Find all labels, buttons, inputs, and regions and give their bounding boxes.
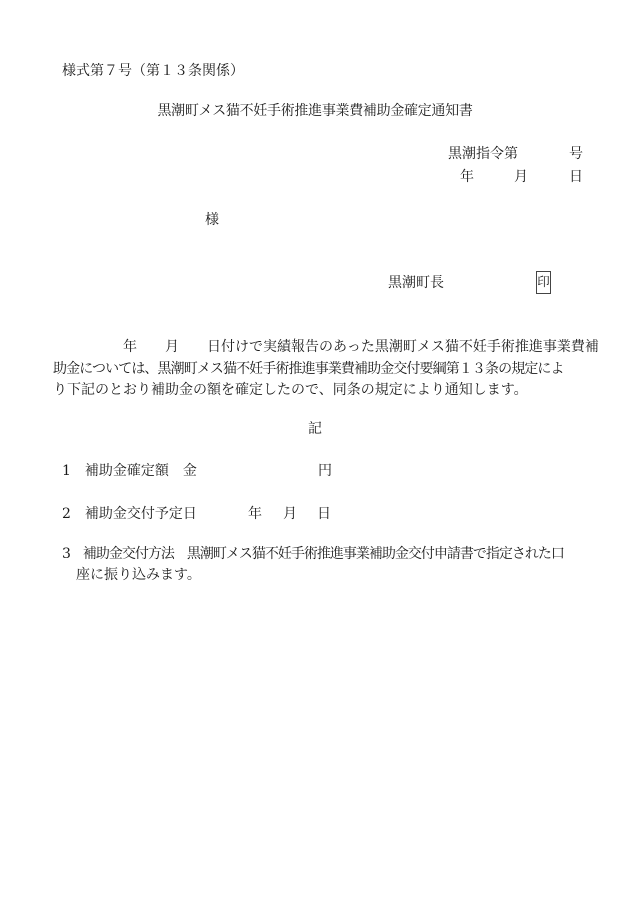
document-page: 様式第７号（第１３条関係） 黒潮町メス猫不妊手術推進事業費補助金確定通知書 黒潮… [0,0,630,903]
item-2-label: 2 補助金交付予定日 [62,507,197,521]
issue-date-month: 月 [514,170,528,184]
body-line: 年 月 日付けで実績報告のあった黒潮町メス猫不妊手術推進事業費補 [53,337,578,359]
item-3-line-2: 座に振り込みます。 [76,568,201,582]
item-2-day: 日 [317,507,331,521]
seal-box: 印 [536,271,551,294]
item-1-unit: 円 [318,464,332,478]
issue-date-day: 日 [569,170,583,184]
issue-date-year: 年 [460,170,474,184]
seal-label: 印 [537,276,550,289]
ki-heading: 記 [0,422,630,436]
directive-number-suffix: 号 [569,147,583,161]
item-1-label: 1 補助金確定額 金 [62,464,197,478]
item-2-year: 年 [248,507,262,521]
item-2-month: 月 [283,507,297,521]
body-paragraph: 年 月 日付けで実績報告のあった黒潮町メス猫不妊手術推進事業費補 助金については… [53,337,578,402]
form-number: 様式第７号（第１３条関係） [62,64,244,78]
addressee-honorific: 様 [205,213,219,227]
body-line: 助金については、黒潮町メス猫不妊手術推進事業費補助金交付要綱第１３条の規定によ [53,359,578,381]
document-title: 黒潮町メス猫不妊手術推進事業費補助金確定通知書 [0,104,630,118]
item-3-line-1: 3 補助金交付方法 黒潮町メス猫不妊手術推進事業補助金交付申請書で指定された口 [62,547,564,561]
issuer-name: 黒潮町長 [388,276,444,290]
directive-number-label: 黒潮指令第 [448,147,518,161]
body-line: り下記のとおり補助金の額を確定したので、同条の規定により通知します。 [53,380,578,402]
